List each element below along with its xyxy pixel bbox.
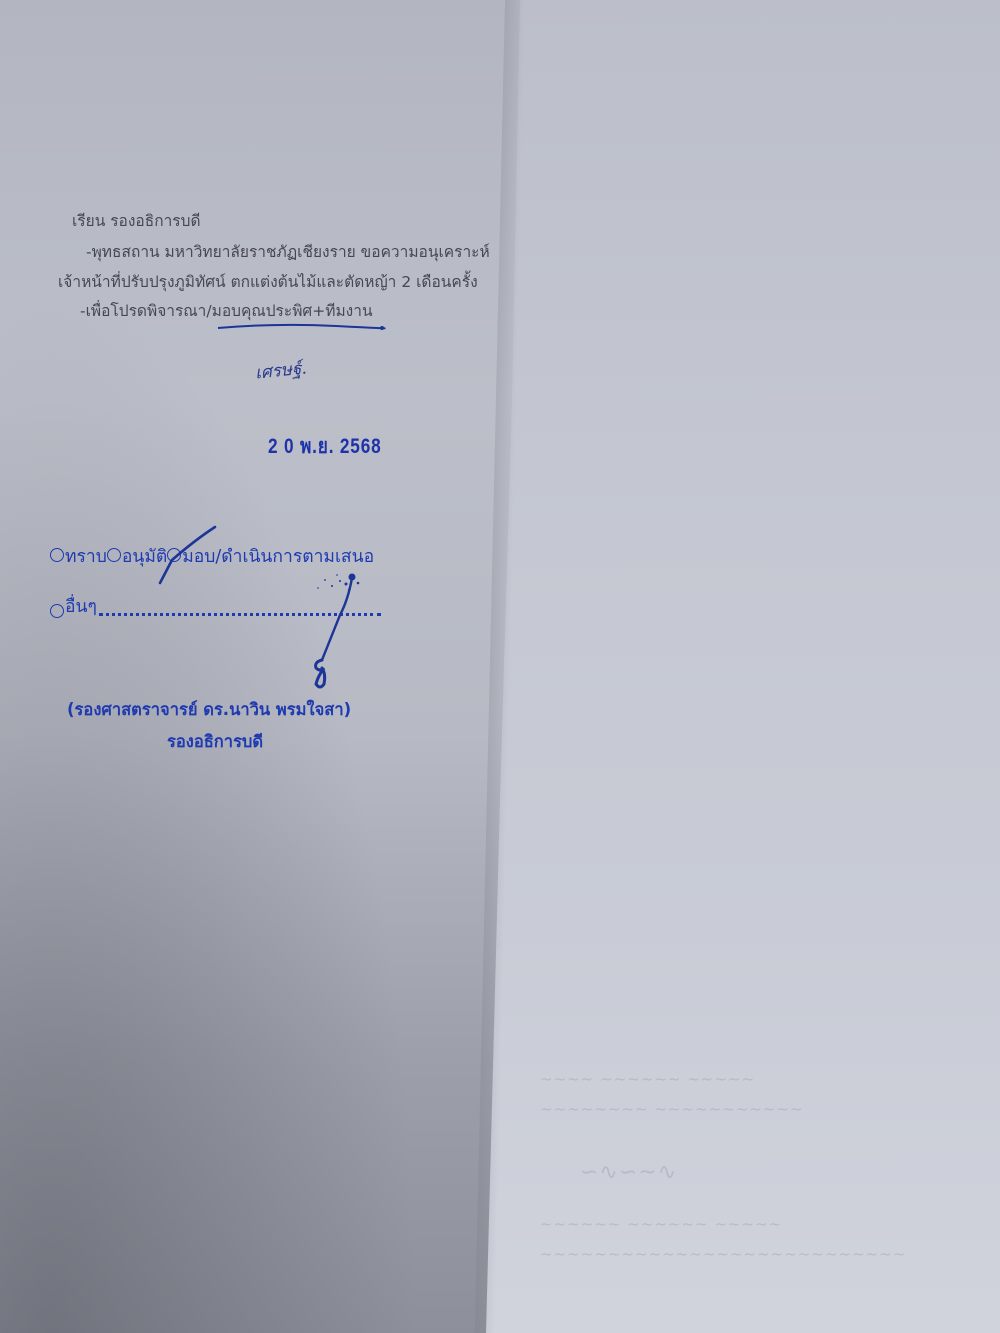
signature-icon <box>316 574 360 688</box>
bleed-through-text: ~~~~~~~~~~~~~~~~~~~~~~~~~~~ <box>540 1245 906 1263</box>
option-other: อื่นๆ <box>50 592 381 620</box>
signer-name: (รองศาสตราจารย์ ดร.นาวิน พรมใจสา) <box>67 697 351 723</box>
bleed-through-text: ~~~~~~~~ ~~~~~~~~~~~ <box>540 1100 804 1118</box>
option-assign: มอบ/ดำเนินการตามเสนอ <box>167 542 374 570</box>
body-line-1: -พุทธสถาน มหาวิทยาลัยราชภัฏเชียงราย ขอคว… <box>86 239 490 264</box>
approval-options: ทราบอนุมัติมอบ/ดำเนินการตามเสนอ <box>50 542 374 570</box>
option-acknowledge: ทราบ <box>50 542 107 570</box>
body-line-2: เจ้าหน้าที่ปรับปรุงภูมิทัศน์ ตกแต่งต้นไม… <box>58 269 478 294</box>
handwritten-initials: เศรษฐ์. <box>254 354 308 386</box>
salutation: เรียน รองอธิการบดี <box>72 208 201 233</box>
option-approve: อนุมัติ <box>107 542 167 570</box>
bleed-through-text: ~~~~ ~~~~~~ ~~~~~ <box>540 1070 755 1088</box>
dotted-line <box>99 613 381 616</box>
handwritten-underline <box>216 322 386 332</box>
other-label: อื่นๆ <box>65 592 97 620</box>
radio-circle-icon <box>107 548 121 562</box>
date-stamp: 2 0 พ.ย. 2568 <box>268 430 381 463</box>
bleed-through-text: ∽∿∽~∿ <box>580 1160 677 1185</box>
radio-circle-icon <box>167 548 181 562</box>
radio-circle-icon <box>50 604 64 618</box>
memo-content: เรียน รองอธิการบดี -พุทธสถาน มหาวิทยาลัย… <box>0 0 520 1333</box>
pen-marks <box>0 0 520 1333</box>
back-page: ~~~~ ~~~~~~ ~~~~~ ~~~~~~~~ ~~~~~~~~~~~ ∽… <box>480 0 1000 1333</box>
signer-title: รองอธิการบดี <box>167 729 263 755</box>
bleed-through-text: ~~~~~~ ~~~~~~ ~~~~~ <box>540 1215 782 1233</box>
body-line-3: -เพื่อโปรดพิจารณา/มอบคุณประพิศ+ทีมงาน <box>80 298 373 323</box>
radio-circle-icon <box>50 548 64 562</box>
